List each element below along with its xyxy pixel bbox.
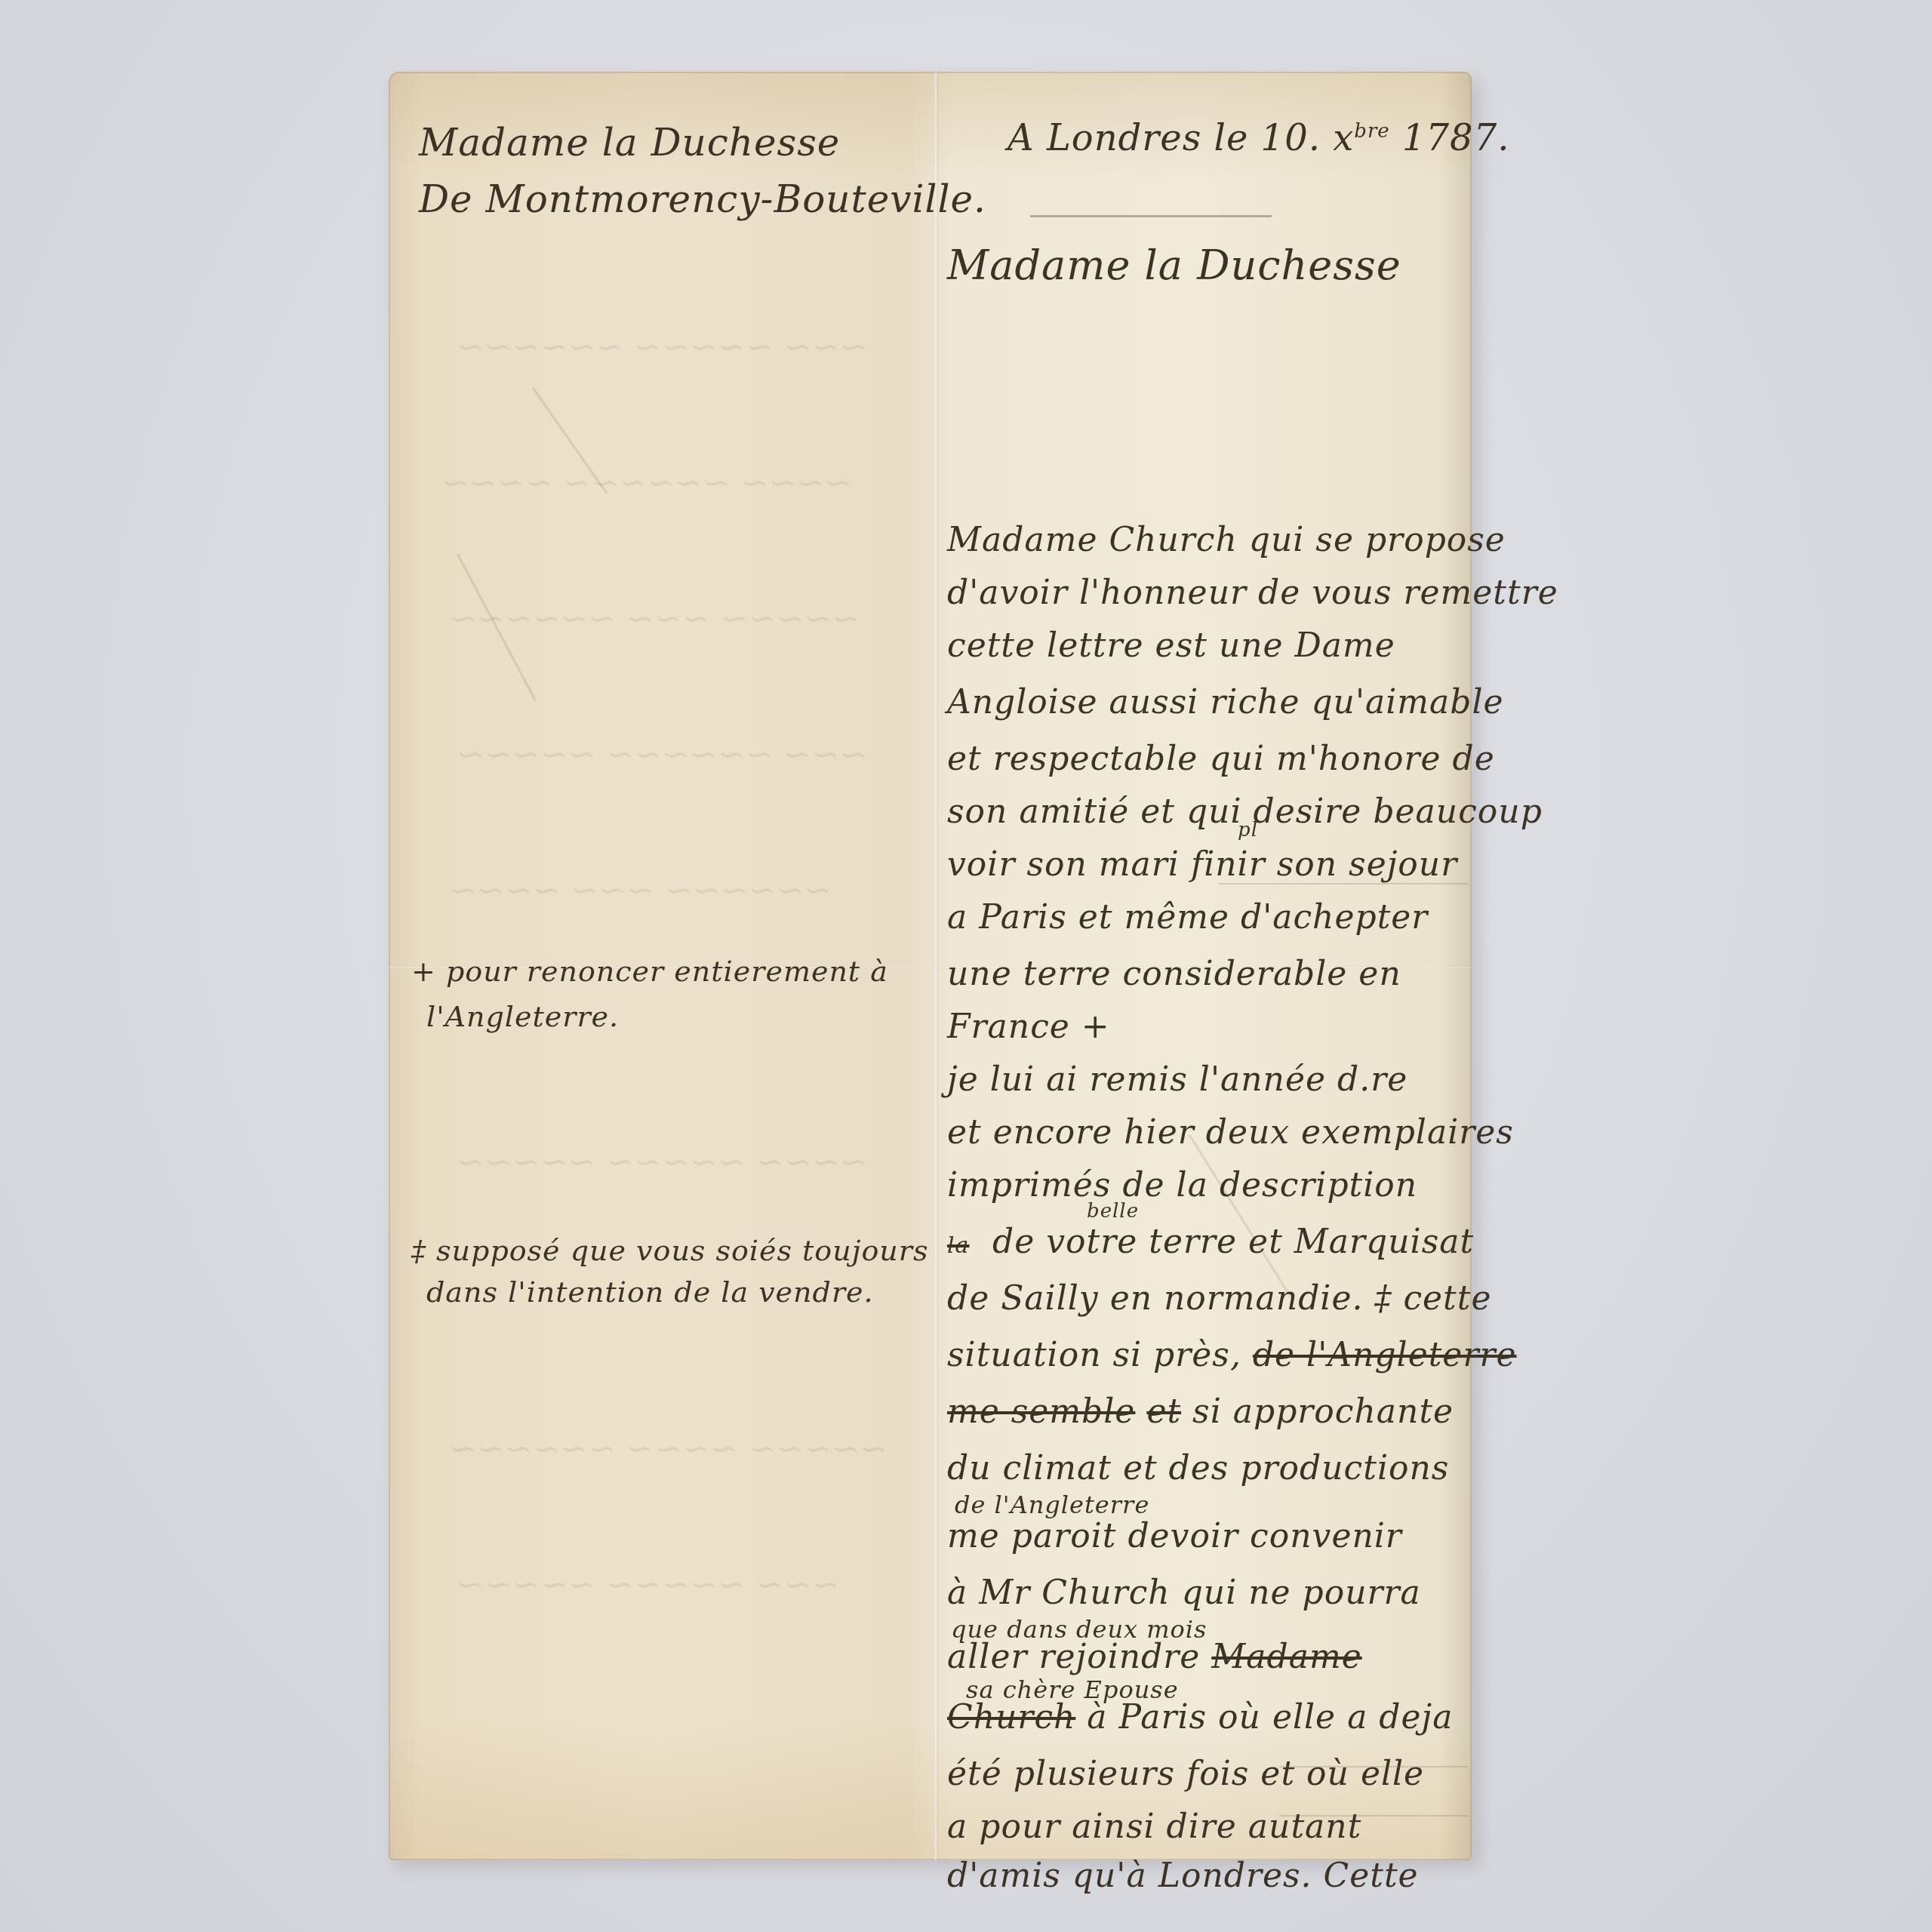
ink-bleed-through: ~~~~~ ~~~~ ~~~~~~ [449,1430,888,1469]
dateline-month-sup: bre [1354,120,1389,143]
struck-word: me semble [947,1392,1135,1431]
guide-line [1219,883,1468,884]
margin-note-mark: + [411,955,436,988]
ink-bleed-through: ~~~~~~ ~~~ ~~~~ [449,872,832,910]
margin-note-2-line2: dans l'intention de la vendre. [426,1275,874,1309]
body-line: aller rejoindre Madame [947,1638,1362,1676]
body-line: situation si près, de l'Angleterre [947,1336,1517,1374]
body-line: cette lettre est une Dame [947,626,1395,665]
struck-word: et [1146,1392,1181,1431]
body-line: d'avoir l'honneur de vous remettre [947,574,1558,612]
body-line: de Sailly en normandie. ‡ cette [947,1279,1491,1318]
struck-word: de l'Angleterre [1253,1336,1517,1374]
body-line: une terre considerable en [947,955,1401,993]
struck-word: Church [947,1698,1075,1737]
ink-bleed-through: ~~~ ~~~~~ ~~~~~ [457,1566,839,1604]
body-line: me semble et si approchante [947,1392,1454,1431]
body-line: Church à Paris où elle a deja [947,1698,1453,1737]
body-line: d'amis qu'à Londres. Cette [947,1857,1419,1895]
guide-line [1279,1766,1468,1767]
body-line: me paroit devoir convenir [947,1517,1402,1555]
dateline-place: A Londres le 10. [1008,117,1321,159]
margin-note-1-line2: l'Angleterre. [426,1000,619,1033]
body-line-with-strike: la [947,1223,969,1261]
dateline-month: x [1333,117,1354,159]
ink-bleed-through: ~~~~~ ~~~ ~~~~~~ [449,600,860,638]
salutation: Madame la Duchesse [947,241,1401,289]
body-line: a Paris et même d'achepter [947,898,1428,937]
address-line-2: De Montmorency-Bouteville. [419,177,986,221]
interlinear-belle: belle [1087,1200,1139,1223]
ink-bleed-through: ~~~~ ~~~~~~ ~~~~ [441,464,852,503]
guide-line [1279,1815,1468,1817]
margin-note-1: + pour renoncer entierement à [411,955,888,988]
margin-note-2: ‡ supposé que vous soiés toujours [411,1234,928,1267]
struck-word: Madame [1211,1638,1361,1676]
body-line: été plusieurs fois et où elle [947,1755,1424,1793]
paper-crease [1189,1134,1294,1302]
body-line: a pour ainsi dire autant [947,1807,1361,1846]
dateline: A Londres le 10. xbre 1787. [1008,117,1509,159]
separator-rule [1030,215,1272,217]
body-line: Madame Church qui se propose [947,521,1506,559]
body-line: voir son mari finir son sejour [947,845,1457,884]
body-line: et respectable qui m'honore de [947,740,1495,778]
letter-sheet: ~~~ ~~~~~ ~~~~~~ ~~~~ ~~~~~~ ~~~~ ~~~~~ … [389,72,1472,1860]
body-line: Angloise aussi riche qu'aimable [947,683,1504,721]
body-text: situation si près, [947,1336,1241,1374]
interlinear-sup: pl [1238,819,1258,841]
margin-note-line: pour renoncer entierement à [446,955,888,988]
ink-bleed-through: ~~~~ ~~~~~ ~~~~~ [457,1143,867,1182]
ink-bleed-through: ~~~ ~~~~~ ~~~~~~ [457,328,867,367]
body-line: imprimés de la description [947,1166,1417,1204]
body-text: à Paris où elle a deja [1087,1698,1453,1737]
address-line-1: Madame la Duchesse [419,121,840,165]
body-line: et encore hier deux exemplaires [947,1113,1514,1152]
margin-note-line: supposé que vous soiés toujours [436,1234,928,1267]
body-line: je lui ai remis l'année d.re [947,1060,1407,1099]
dateline-year: 1787. [1402,117,1509,159]
ink-bleed-through: ~~~ ~~~~~~ ~~~~~ [457,736,867,774]
body-line: France + [947,1008,1110,1046]
body-text: aller rejoindre [947,1638,1200,1676]
body-line: à Mr Church qui ne pourra [947,1574,1421,1612]
interlinear-insert: de l'Angleterre [955,1491,1149,1519]
body-line: du climat et des productions [947,1449,1449,1487]
body-text: si approchante [1192,1392,1454,1431]
margin-note-mark: ‡ [411,1234,426,1267]
struck-word: la [947,1232,969,1259]
body-line: de votre terre et Marquisat [992,1223,1474,1261]
